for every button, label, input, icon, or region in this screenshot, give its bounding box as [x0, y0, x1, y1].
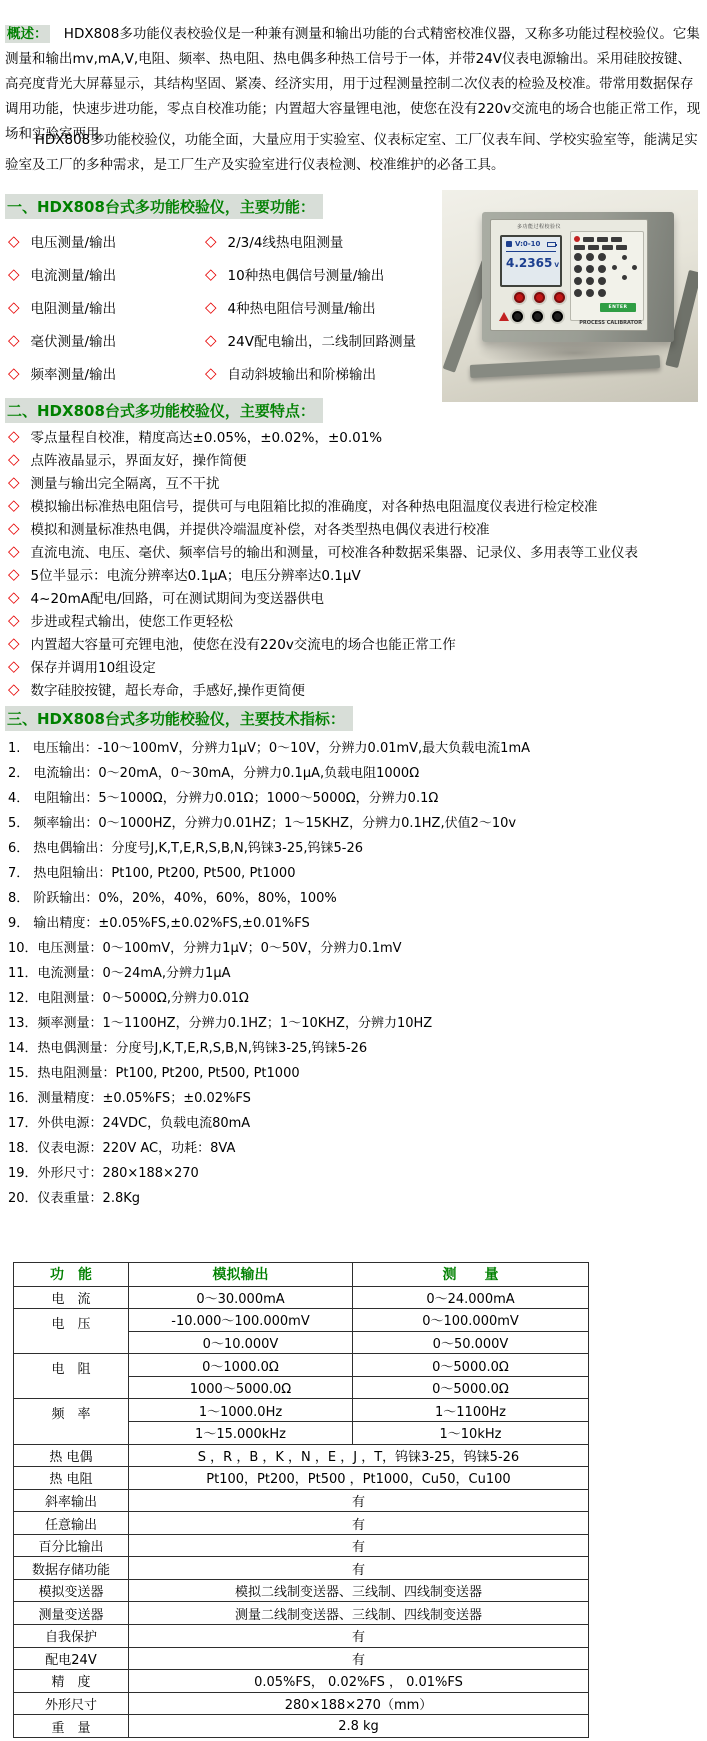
spec-table-wrapper: 功 能 模拟输出 测 量 电 流 0～30.000mA 0～24.000mA 电…	[13, 1262, 589, 1738]
spec-cell: 1～10kHz	[353, 1421, 589, 1444]
function-item: ◇2/3/4线热电阻测量	[205, 231, 440, 251]
row-label: 模拟变送器	[14, 1579, 129, 1602]
battery-icon	[547, 242, 556, 247]
table-row: 斜率输出 有	[14, 1489, 589, 1512]
table-row: 重 量 2.8 kg	[14, 1715, 589, 1738]
brand-label: PROCESS CALIBRATOR	[579, 320, 642, 326]
number-key	[586, 253, 594, 261]
function-row: ◇电压测量/输出 ◇2/3/4线热电阻测量	[8, 224, 440, 257]
section1-title: 一、HDX808台式多功能校验仪，主要功能：	[5, 194, 323, 219]
spec-cell: 0～5000.0Ω	[353, 1376, 589, 1399]
table-row: 外形尺寸 280×188×270（mm）	[14, 1692, 589, 1715]
row-label: 热 电偶	[14, 1444, 129, 1467]
number-key	[586, 277, 594, 285]
feature-text: 模拟输出标准热电阻信号，提供可与电阻箱比拟的准确度，对各种热电阻温度仪表进行检定…	[31, 495, 598, 515]
spec-cell: 0～5000.0Ω	[353, 1354, 589, 1377]
section2-title: 二、HDX808台式多功能校验仪，主要特点：	[5, 398, 323, 423]
table-row: 频 率 1～1000.0Hz 1～1100Hz	[14, 1399, 589, 1422]
spec-cell: 0～50.000V	[353, 1331, 589, 1354]
feature-item: ◇零点量程自校准，精度高达±0.05%，±0.02%，±0.01%	[8, 424, 706, 447]
feature-item: ◇4~20mA配电/回路，可在测试期间为变送器供电	[8, 585, 706, 608]
lcd-divider	[506, 251, 556, 252]
row-label: 百分比输出	[14, 1534, 129, 1557]
function-item: ◇10种热电偶信号测量/输出	[205, 264, 440, 284]
number-key	[598, 253, 606, 261]
diamond-bullet-icon: ◇	[8, 611, 20, 629]
feature-text: 零点量程自校准，精度高达±0.05%，±0.02%，±0.01%	[31, 426, 383, 446]
arrow-right-key	[632, 265, 637, 270]
spec-item: 20．仪表重量：2.8Kg	[8, 1186, 706, 1211]
feature-item: ◇保存并调用10组设定	[8, 654, 706, 677]
col-header-measure: 测 量	[353, 1263, 589, 1287]
spec-item: 15．热电阻测量：Pt100, Pt200, Pt500, Pt1000	[8, 1061, 706, 1086]
diamond-bullet-icon: ◇	[205, 364, 217, 382]
spec-cell: 0～24.000mA	[353, 1286, 589, 1309]
function-item: ◇电流测量/输出	[8, 264, 205, 284]
spec-item: 8． 阶跃输出：0%，20%，40%，60%，80%，100%	[8, 886, 706, 911]
keypad: ENTER	[570, 231, 644, 321]
feature-text: 测量与输出完全隔离，互不干扰	[31, 472, 220, 492]
row-label: 电 阻	[14, 1354, 129, 1399]
diamond-bullet-icon: ◇	[205, 331, 217, 349]
number-key	[574, 253, 582, 261]
input-terminals-red	[514, 292, 565, 303]
spec-table: 功 能 模拟输出 测 量 电 流 0～30.000mA 0～24.000mA 电…	[13, 1262, 589, 1738]
table-row: 任意输出 有	[14, 1512, 589, 1535]
diamond-bullet-icon: ◇	[8, 331, 20, 349]
spec-item: 5． 频率输出：0～1000HZ，分辨力0.01HZ；1～15KHZ，分辨力0.…	[8, 811, 706, 836]
spec-item: 1. 电压输出：-10～100mV，分辨力1μV；0～10V，分辨力0.01mV…	[8, 736, 706, 761]
row-label: 外形尺寸	[14, 1692, 129, 1715]
feature-text: 4~20mA配电/回路，可在测试期间为变送器供电	[31, 587, 325, 607]
feature-item: ◇模拟和测量标准热电偶，并提供冷端温度补偿，对各类型热电偶仪表进行校准	[8, 516, 706, 539]
function-item: ◇毫伏测量/输出	[8, 330, 205, 350]
lcd-value: 4.2365V	[506, 256, 556, 270]
spec-item: 13．频率测量：1～1100HZ，分辨力0.1HZ；1～10KHZ，分辨力10H…	[8, 1011, 706, 1036]
function-row: ◇电阻测量/输出 ◇4种热电阻信号测量/输出	[8, 290, 440, 323]
col-header-function: 功 能	[14, 1263, 129, 1287]
spec-cell: S ，R ，B ，K ，N ，E ，J ，T，钨铼3-25，钨铼5-26	[129, 1444, 589, 1467]
spec-item: 12．电阻测量：0～5000Ω,分辨力0.01Ω	[8, 986, 706, 1011]
spec-cell: 1000～5000.0Ω	[129, 1376, 353, 1399]
diamond-bullet-icon: ◇	[8, 450, 20, 468]
feature-text: 点阵液晶显示，界面友好，操作简便	[31, 449, 247, 469]
function-label: 24V配电输出，二线制回路测量	[228, 330, 416, 350]
table-row: 配电24V 有	[14, 1647, 589, 1670]
numeric-keys	[574, 253, 608, 299]
function-label: 电流测量/输出	[31, 264, 117, 284]
function-key-row	[574, 236, 640, 242]
feature-item: ◇测量与输出完全隔离，互不干扰	[8, 470, 706, 493]
terminal-black-icon	[532, 311, 543, 322]
row-label: 配电24V	[14, 1647, 129, 1670]
table-row: 热 电阻 Pt100，Pt200，Pt500 ，Pt1000，Cu50，Cu10…	[14, 1467, 589, 1490]
function-label: 电阻测量/输出	[31, 297, 117, 317]
feature-text: 保存并调用10组设定	[31, 656, 156, 676]
lcd-unit: V	[554, 262, 559, 269]
spec-cell: 1～1000.0Hz	[129, 1399, 353, 1422]
col-header-output: 模拟输出	[129, 1263, 353, 1287]
warning-triangle-icon	[499, 312, 509, 321]
row-label: 精 度	[14, 1670, 129, 1693]
function-key	[602, 245, 613, 250]
function-key	[611, 237, 622, 242]
lcd-mode-text: V:0-10	[515, 240, 540, 248]
row-label: 重 量	[14, 1715, 129, 1738]
spec-cell: 1～1100Hz	[353, 1399, 589, 1422]
table-row: 电 阻 0～1000.0Ω 0～5000.0Ω	[14, 1354, 589, 1377]
arrow-up-key	[622, 255, 627, 260]
terminal-red-icon	[554, 292, 565, 303]
table-row: 模拟变送器 模拟二线制变送器、三线制、四线制变送器	[14, 1579, 589, 1602]
diamond-bullet-icon: ◇	[8, 588, 20, 606]
function-row: ◇毫伏测量/输出 ◇24V配电输出，二线制回路测量	[8, 323, 440, 356]
feature-item: ◇内置超大容量可充锂电池，使您在没有220v交流电的场合也能正常工作	[8, 631, 706, 654]
diamond-bullet-icon: ◇	[8, 542, 20, 560]
spec-cell: 有	[129, 1625, 589, 1648]
function-label: 10种热电偶信号测量/输出	[228, 264, 385, 284]
function-label: 毫伏测量/输出	[31, 330, 117, 350]
function-label: 2/3/4线热电阻测量	[228, 231, 344, 251]
arrow-down-key	[622, 275, 627, 280]
row-label: 任意输出	[14, 1512, 129, 1535]
function-item: ◇自动斜坡输出和阶梯输出	[205, 363, 440, 383]
spec-item: 14．热电偶测量：分度号J,K,T,E,R,S,B,N,钨铼3-25,钨铼5-2…	[8, 1036, 706, 1061]
diamond-bullet-icon: ◇	[205, 298, 217, 316]
feature-text: 直流电流、电压、毫伏、频率信号的输出和测量，可校准各种数据采集器、记录仪、多用表…	[31, 541, 639, 561]
feature-text: 5位半显示：电流分辨率达0.1μA；电压分辨率达0.1μV	[31, 564, 361, 584]
diamond-bullet-icon: ◇	[205, 232, 217, 250]
number-key	[598, 277, 606, 285]
feature-text: 数字硅胶按键，超长寿命，手感好,操作更简便	[31, 679, 305, 699]
section2-feature-list: ◇零点量程自校准，精度高达±0.05%，±0.02%，±0.01% ◇点阵液晶显…	[8, 424, 706, 700]
number-key	[598, 289, 606, 297]
function-row: ◇电流测量/输出 ◇10种热电偶信号测量/输出	[8, 257, 440, 290]
spec-cell: Pt100，Pt200，Pt500 ，Pt1000，Cu50，Cu100	[129, 1467, 589, 1490]
diamond-bullet-icon: ◇	[8, 473, 20, 491]
overview-paragraph-2: HDX808多功能校验仪，功能全面，大量应用于实验室、仪表标定室、工厂仪表车间、…	[5, 128, 703, 178]
function-key	[574, 245, 585, 250]
table-row: 精 度 0.05%FS， 0.02%FS ， 0.01%FS	[14, 1670, 589, 1693]
spec-cell: 模拟二线制变送器、三线制、四线制变送器	[129, 1579, 589, 1602]
enter-key: ENTER	[600, 303, 636, 312]
spec-cell: -10.000～100.000mV	[129, 1309, 353, 1332]
terminal-black-icon	[552, 311, 563, 322]
table-row: 测量变送器 测量二线制变送器、三线制、四线制变送器	[14, 1602, 589, 1625]
table-header-row: 功 能 模拟输出 测 量	[14, 1263, 589, 1287]
input-terminals-black	[512, 311, 563, 322]
arrow-left-key	[612, 265, 617, 270]
spec-cell: 0～30.000mA	[129, 1286, 353, 1309]
diamond-bullet-icon: ◇	[8, 634, 20, 652]
diamond-bullet-icon: ◇	[8, 496, 20, 514]
function-label: 4种热电阻信号测量/输出	[228, 297, 376, 317]
terminal-red-icon	[534, 292, 545, 303]
diamond-bullet-icon: ◇	[205, 265, 217, 283]
number-key	[586, 265, 594, 273]
row-label: 电 压	[14, 1309, 129, 1354]
overview-label: 概述：	[5, 25, 50, 43]
function-key	[597, 237, 608, 242]
spec-item: 19．外形尺寸：280×188×270	[8, 1161, 706, 1186]
table-row: 自我保护 有	[14, 1625, 589, 1648]
spec-cell: 测量二线制变送器、三线制、四线制变送器	[129, 1602, 589, 1625]
row-label: 测量变送器	[14, 1602, 129, 1625]
row-label: 热 电阻	[14, 1467, 129, 1490]
spec-cell: 有	[129, 1534, 589, 1557]
function-label: 自动斜坡输出和阶梯输出	[228, 363, 377, 383]
table-row: 百分比输出 有	[14, 1534, 589, 1557]
terminal-red-icon	[514, 292, 525, 303]
number-key	[574, 265, 582, 273]
spec-cell: 280×188×270（mm）	[129, 1692, 589, 1715]
row-label: 频 率	[14, 1399, 129, 1444]
function-key-row	[574, 245, 640, 250]
spec-item: 18．仪表电源：220V AC，功耗：8VA	[8, 1136, 706, 1161]
diamond-bullet-icon: ◇	[8, 680, 20, 698]
lcd-reading: 4.2365	[506, 256, 552, 270]
number-key	[574, 289, 582, 297]
function-row: ◇频率测量/输出 ◇自动斜坡输出和阶梯输出	[8, 356, 440, 389]
spec-cell: 有	[129, 1512, 589, 1535]
spec-item: 16．测量精度：±0.05%FS；±0.02%FS	[8, 1086, 706, 1111]
function-key	[588, 245, 599, 250]
lcd-mode-icon	[506, 241, 512, 247]
number-key	[574, 277, 582, 285]
feature-item: ◇步进或程式输出，使您工作更轻松	[8, 608, 706, 631]
spec-item: 11．电流测量：0～24mA,分辨力1μA	[8, 961, 706, 986]
function-label: 频率测量/输出	[31, 363, 117, 383]
spec-cell: 0～10.000V	[129, 1331, 353, 1354]
diamond-bullet-icon: ◇	[8, 519, 20, 537]
feature-text: 内置超大容量可充锂电池，使您在没有220v交流电的场合也能正常工作	[31, 633, 456, 653]
spec-item: 9． 输出精度：±0.05%FS,±0.02%FS,±0.01%FS	[8, 911, 706, 936]
device-model-label: 多功能过程校验仪	[517, 223, 561, 230]
diamond-bullet-icon: ◇	[8, 427, 20, 445]
function-item: ◇24V配电输出，二线制回路测量	[205, 330, 440, 350]
terminal-black-icon	[512, 311, 523, 322]
spec-item: 10．电压测量：0～100mV，分辨力1μV；0～50V，分辨力0.1mV	[8, 936, 706, 961]
feature-text: 模拟和测量标准热电偶，并提供冷端温度补偿，对各类型热电偶仪表进行校准	[31, 518, 490, 538]
section1-function-list: ◇电压测量/输出 ◇2/3/4线热电阻测量 ◇电流测量/输出 ◇10种热电偶信号…	[8, 224, 440, 389]
spec-item: 6． 热电偶输出：分度号J,K,T,E,R,S,B,N,钨铼3-25,钨铼5-2…	[8, 836, 706, 861]
spec-item: 7． 热电阻输出：Pt100, Pt200, Pt500, Pt1000	[8, 861, 706, 886]
row-label: 斜率输出	[14, 1489, 129, 1512]
function-key	[583, 237, 594, 242]
table-row: 数据存储功能 有	[14, 1557, 589, 1580]
number-key	[586, 289, 594, 297]
number-key	[598, 265, 606, 273]
table-row: 热 电偶 S ，R ，B ，K ，N ，E ，J ，T，钨铼3-25，钨铼5-2…	[14, 1444, 589, 1467]
spec-cell: 0～1000.0Ω	[129, 1354, 353, 1377]
section3-spec-list: 1. 电压输出：-10～100mV，分辨力1μV；0～10V，分辨力0.01mV…	[8, 736, 706, 1211]
function-key	[616, 245, 627, 250]
diamond-bullet-icon: ◇	[8, 265, 20, 283]
diamond-bullet-icon: ◇	[8, 364, 20, 382]
diamond-bullet-icon: ◇	[8, 657, 20, 675]
overview-text-1: HDX808多功能仪表校验仪是一种兼有测量和输出功能的台式精密校准仪器，又称多功…	[5, 26, 700, 142]
power-key-icon	[574, 236, 580, 242]
table-row: 电 压 -10.000～100.000mV 0～100.000mV	[14, 1309, 589, 1332]
keypad-middle	[574, 253, 640, 299]
row-label: 数据存储功能	[14, 1557, 129, 1580]
function-item: ◇4种热电阻信号测量/输出	[205, 297, 440, 317]
diamond-bullet-icon: ◇	[8, 232, 20, 250]
spec-item: 4． 电阻输出：5～1000Ω，分辨力0.01Ω；1000～5000Ω，分辨力0…	[8, 786, 706, 811]
arrow-keys	[612, 253, 638, 285]
lcd-status-row: V:0-10	[506, 240, 556, 248]
feature-item: ◇模拟输出标准热电阻信号，提供可与电阻箱比拟的准确度，对各种热电阻温度仪表进行检…	[8, 493, 706, 516]
spec-item: 17．外供电源：24VDC，负载电流80mA	[8, 1111, 706, 1136]
spec-cell: 0.05%FS， 0.02%FS ， 0.01%FS	[129, 1670, 589, 1693]
function-item: ◇频率测量/输出	[8, 363, 205, 383]
device-front-panel: 多功能过程校验仪 V:0-10 4.2365V	[490, 219, 648, 331]
row-label: 电 流	[14, 1286, 129, 1309]
row-label: 自我保护	[14, 1625, 129, 1648]
function-item: ◇电阻测量/输出	[8, 297, 205, 317]
spec-cell: 0～100.000mV	[353, 1309, 589, 1332]
feature-item: ◇数字硅胶按键，超长寿命，手感好,操作更简便	[8, 677, 706, 700]
feature-text: 步进或程式输出，使您工作更轻松	[31, 610, 234, 630]
spec-item: 2． 电流输出：0～20mA，0～30mA，分辨力0.1μA,负载电阻1000Ω	[8, 761, 706, 786]
spec-cell: 有	[129, 1647, 589, 1670]
spec-cell: 有	[129, 1489, 589, 1512]
spec-cell: 2.8 kg	[129, 1715, 589, 1738]
page: { "overview": { "label": "概述：", "para1":…	[0, 0, 707, 1741]
table-row: 电 流 0～30.000mA 0～24.000mA	[14, 1286, 589, 1309]
feature-item: ◇直流电流、电压、毫伏、频率信号的输出和测量，可校准各种数据采集器、记录仪、多用…	[8, 539, 706, 562]
lcd-screen: V:0-10 4.2365V	[500, 235, 562, 287]
feature-item: ◇5位半显示：电流分辨率达0.1μA；电压分辨率达0.1μV	[8, 562, 706, 585]
diamond-bullet-icon: ◇	[8, 565, 20, 583]
spec-cell: 1～15.000kHz	[129, 1421, 353, 1444]
device-photo: 多功能过程校验仪 V:0-10 4.2365V	[442, 190, 698, 402]
section3-title: 三、HDX808台式多功能校验仪，主要技术指标：	[5, 706, 353, 731]
feature-item: ◇点阵液晶显示，界面友好，操作简便	[8, 447, 706, 470]
function-item: ◇电压测量/输出	[8, 231, 205, 251]
function-label: 电压测量/输出	[31, 231, 117, 251]
diamond-bullet-icon: ◇	[8, 298, 20, 316]
device-body: 多功能过程校验仪 V:0-10 4.2365V	[482, 212, 674, 342]
spec-cell: 有	[129, 1557, 589, 1580]
